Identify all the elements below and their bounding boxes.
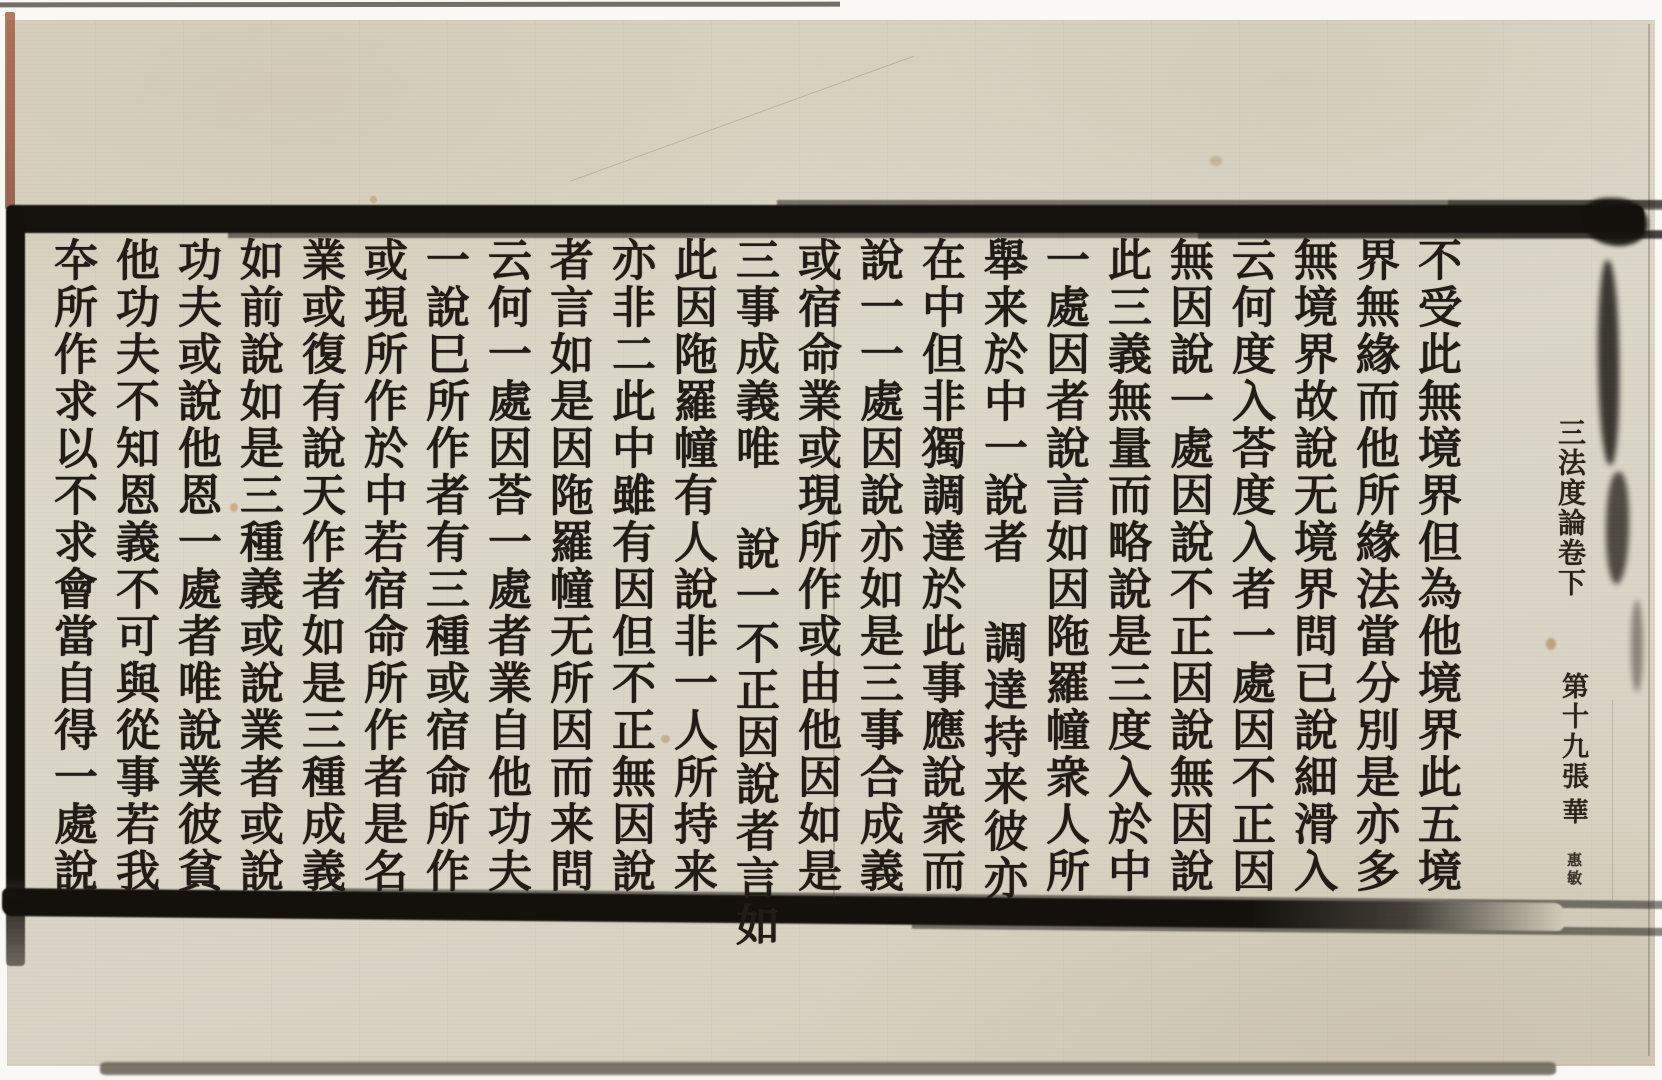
- collation-character: 華: [1555, 798, 1592, 824]
- text-column-1: 不受此無境界但為他境界此五境: [1404, 237, 1466, 917]
- text-column-15: 者言如是因陁羅幢无所因而来問: [536, 237, 598, 917]
- text-column-13: 此因陁羅幢有人說非一人所持来: [660, 237, 722, 917]
- text-column-12: 三事成義唯 說一不正因說者言如: [722, 237, 784, 917]
- manuscript-page: 不受此無境界但為他境界此五境 界無緣而他所緣法當分別是亦多 無境界故說无境界問已…: [0, 0, 1662, 1080]
- paper-stain: [370, 196, 377, 203]
- sheet-number: 第十九張: [1553, 672, 1592, 792]
- scan-edge-bottom: [100, 1062, 1556, 1075]
- text-column-7: 一處因者說言如因陁羅幢衆人所: [1032, 237, 1094, 917]
- main-text-block: 不受此無境界但為他境界此五境 界無緣而他所緣法當分別是亦多 無境界故說无境界問已…: [40, 237, 1466, 917]
- scan-edge-left-red-strip: [5, 12, 15, 209]
- text-column-22: 他功夫不知恩義不可與從事若我: [102, 237, 164, 917]
- ink-smudge: [1631, 600, 1643, 692]
- scan-edge-top: [0, 2, 840, 8]
- text-column-18: 或現所作於中若宿命所作者是名: [350, 237, 412, 917]
- scribe-name: 惠敏: [1564, 852, 1585, 888]
- text-column-23: 夲所作求以不求會當自得一處說: [40, 237, 102, 917]
- text-column-19: 業或復有說天作者如是三種成義: [288, 237, 350, 917]
- text-column-8: 舉来於中一說者 調達持来彼亦: [970, 237, 1032, 917]
- text-column-21: 功夫或說他恩一處者唯說業彼貧: [164, 237, 226, 917]
- text-column-5: 無因說一處因說不正因說無因說: [1156, 237, 1218, 917]
- text-column-3: 無境界故說无境界問已說細滑入: [1280, 237, 1342, 917]
- text-column-2: 界無緣而他所緣法當分別是亦多: [1342, 237, 1404, 917]
- frame-left-border: [6, 206, 25, 966]
- frame-top-border: [8, 205, 1644, 233]
- paper-stain: [1546, 638, 1556, 650]
- text-column-14: 亦非二此中雖有因但不正無因說: [598, 237, 660, 917]
- text-column-6: 此三義無量而略說是三度入於中: [1094, 237, 1156, 917]
- text-column-17: 一說巳所作者有三種或宿命所作: [412, 237, 474, 917]
- paper-stain: [1210, 156, 1222, 166]
- text-column-4: 云何度入荅度入者一處因不正因: [1218, 237, 1280, 917]
- volume-title: 三法度論卷下: [1550, 418, 1590, 598]
- paper-crease: [1612, 700, 1613, 900]
- text-column-16: 云何一處因荅一處者業自他功夫: [474, 237, 536, 917]
- text-column-20: 如前說如是三種義或說業者或說: [226, 237, 288, 917]
- text-column-11: 或宿命業或現所作或由他因如是: [784, 237, 846, 917]
- text-column-9: 在中但非獨調達於此事應說衆而: [908, 237, 970, 917]
- page-edge-right: [1648, 24, 1650, 1056]
- text-column-10: 說一一處因說亦如是三事合成義: [846, 237, 908, 917]
